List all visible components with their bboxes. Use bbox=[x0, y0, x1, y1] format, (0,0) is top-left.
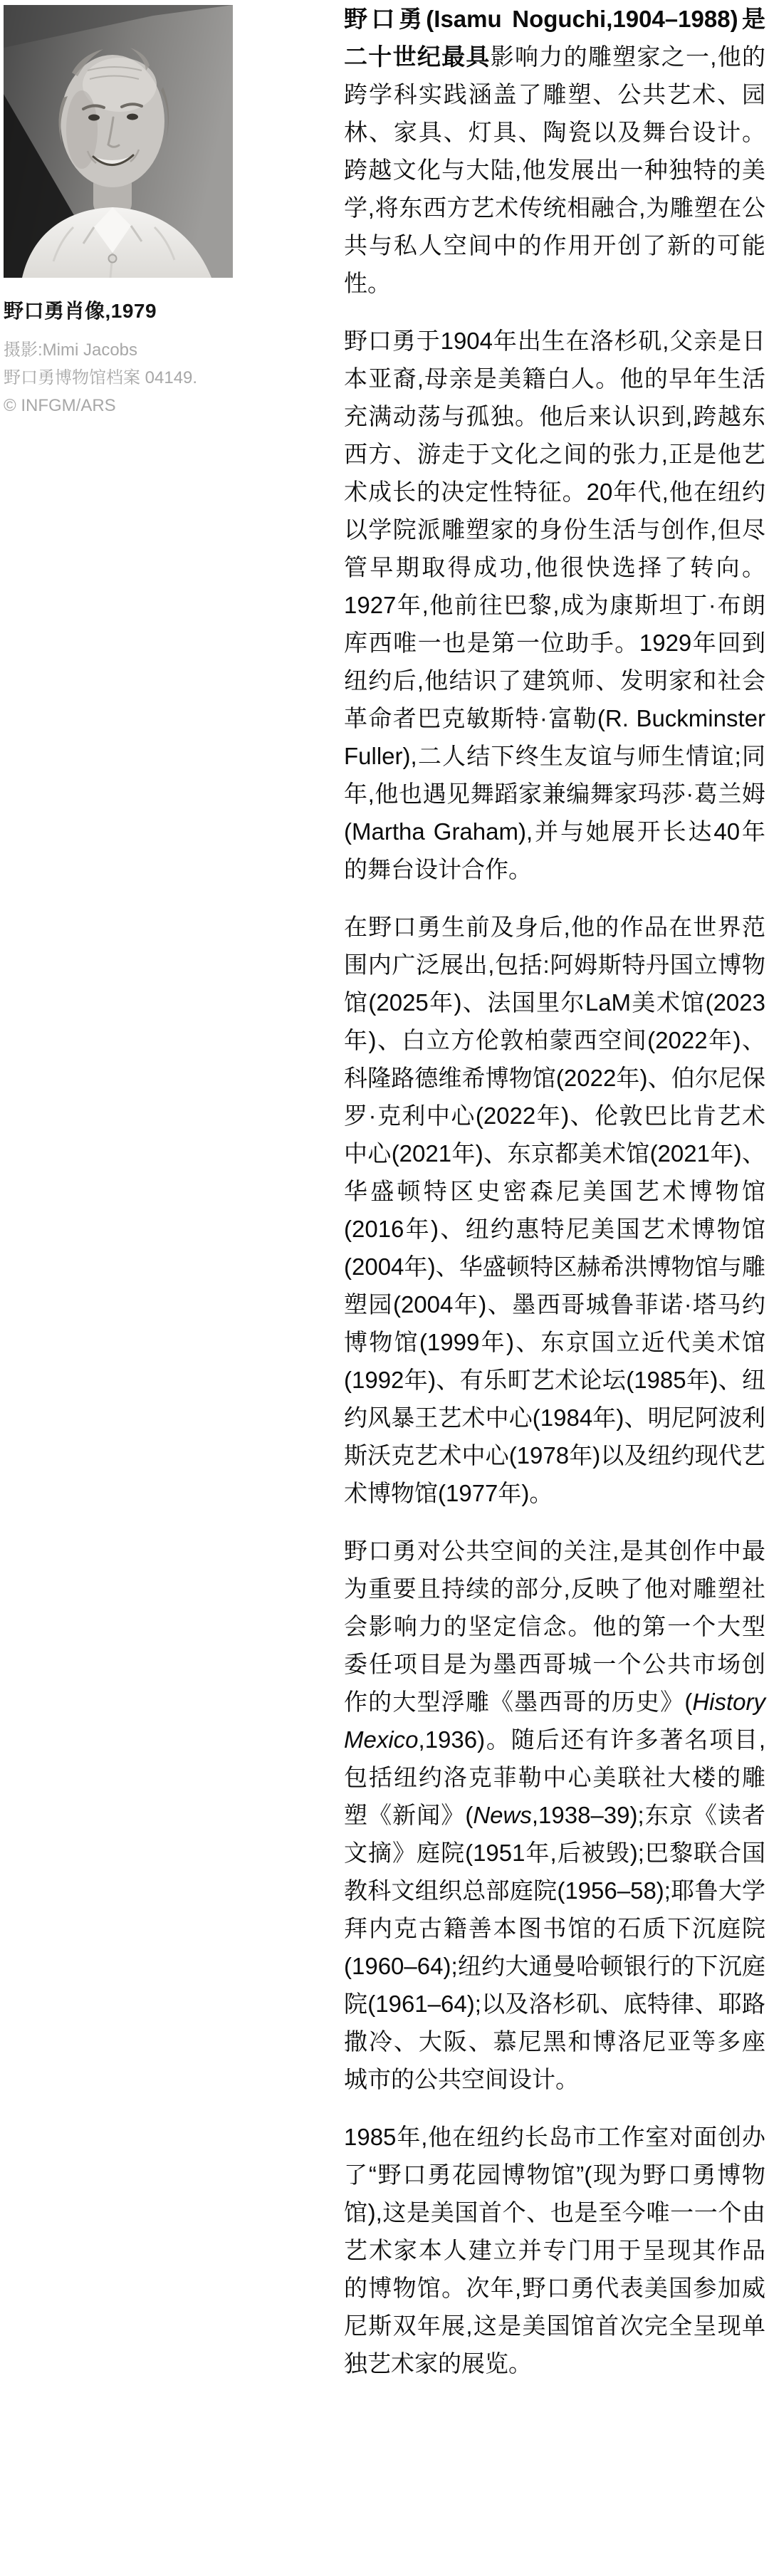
portrait-photo bbox=[4, 5, 233, 278]
article-text-run: 野口勇于1904年出生在洛杉矶,父亲是日本亚裔,母亲是美籍白人。他的早年生活充满… bbox=[344, 328, 765, 882]
page: { "figure": { "caption_title": "野口勇肖像,19… bbox=[0, 0, 769, 2576]
article-paragraph: 1985年,他在纽约长岛市工作室对面创办了“野口勇花园博物馆”(现为野口勇博物馆… bbox=[344, 2118, 765, 2382]
article: 野口勇(Isamu Noguchi,1904–1988)是二十世纪最具影响力的雕… bbox=[344, 0, 765, 2382]
article-paragraph: 野口勇对公共空间的关注,是其创作中最为重要且持续的部分,反映了他对雕塑社会影响力… bbox=[344, 1532, 765, 2098]
photo-credits: 摄影:Mimi Jacobs 野口勇博物馆档案 04149. © INFGM/A… bbox=[4, 336, 233, 419]
photo-credit-photographer: 摄影:Mimi Jacobs bbox=[4, 336, 233, 364]
portrait-figure: 野口勇肖像,1979 摄影:Mimi Jacobs 野口勇博物馆档案 04149… bbox=[4, 5, 233, 419]
photo-caption: 野口勇肖像,1979 bbox=[4, 296, 233, 324]
article-text-run: 1985年,他在纽约长岛市工作室对面创办了“野口勇花园博物馆”(现为野口勇博物馆… bbox=[344, 2124, 765, 2377]
article-text-run: News bbox=[473, 1802, 532, 1828]
article-text-run: ,1938–39);东京《读者文摘》庭院(1951年,后被毁);巴黎联合国教科文… bbox=[344, 1802, 765, 2092]
article-text-run: 在野口勇生前及身后,他的作品在世界范围内广泛展出,包括:阿姆斯特丹国立博物馆(2… bbox=[344, 914, 765, 1506]
photo-credit-archive: 野口勇博物馆档案 04149. bbox=[4, 364, 233, 392]
photo-credit-copyright: © INFGM/ARS bbox=[4, 392, 233, 419]
article-paragraph: 野口勇(Isamu Noguchi,1904–1988)是二十世纪最具影响力的雕… bbox=[344, 0, 765, 302]
article-text-run: 影响力的雕塑家之一,他的跨学科实践涵盖了雕塑、公共艺术、园林、家具、灯具、陶瓷以… bbox=[344, 43, 765, 296]
photo-figcaption: 野口勇肖像,1979 摄影:Mimi Jacobs 野口勇博物馆档案 04149… bbox=[4, 296, 233, 419]
article-paragraph: 野口勇于1904年出生在洛杉矶,父亲是日本亚裔,母亲是美籍白人。他的早年生活充满… bbox=[344, 322, 765, 888]
article-paragraph: 在野口勇生前及身后,他的作品在世界范围内广泛展出,包括:阿姆斯特丹国立博物馆(2… bbox=[344, 908, 765, 1512]
